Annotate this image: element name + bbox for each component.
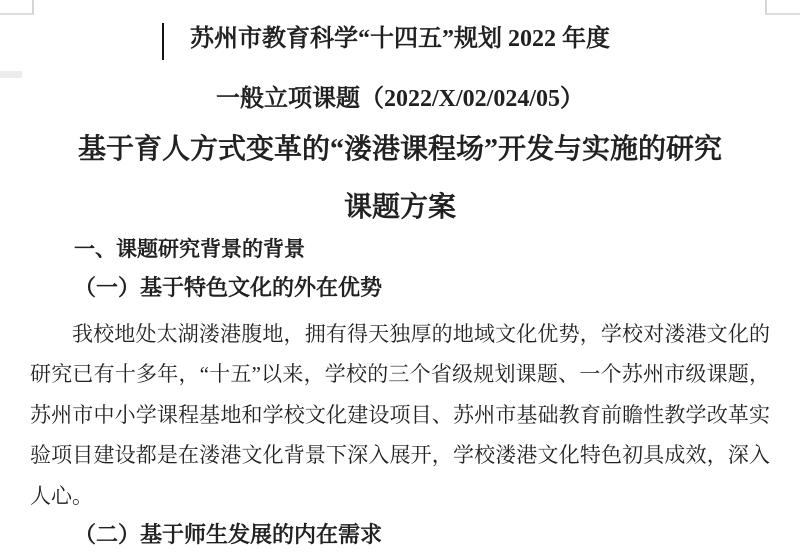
page-corner-mark-left [0,0,34,15]
subsection2-heading[interactable]: （二）基于师生发展的内在需求 [74,520,382,550]
paragraph-1-line-1[interactable]: 我校地处太湖溇港腹地，拥有得天独厚的地域文化优势，学校对溇港文化的 [30,314,770,354]
document-page[interactable]: 苏州市教育科学“十四五”规划 2022 年度 一般立项课题（2022/X/02/… [0,0,800,558]
document-title-line2[interactable]: 课题方案 [0,188,800,228]
paragraph-1-line-4[interactable]: 验项目建设都是在溇港文化背景下深入展开，学校溇港文化特色初具成效，深入 [30,435,770,475]
paragraph-1-line-5[interactable]: 人心。 [30,476,770,516]
document-header-line1[interactable]: 苏州市教育科学“十四五”规划 2022 年度 [0,22,800,56]
page-edge-artifact [0,71,22,78]
paragraph-1-line-2[interactable]: 研究已有十多年，“十五”以来，学校的三个省级规划课题、一个苏州市级课题， [30,354,770,394]
subsection1-heading[interactable]: （一）基于特色文化的外在优势 [74,273,382,303]
paragraph-1-line-3[interactable]: 苏州市中小学课程基地和学校文化建设项目、苏州市基础教育前瞻性教学改革实 [30,395,770,435]
paragraph-1[interactable]: 我校地处太湖溇港腹地，拥有得天独厚的地域文化优势，学校对溇港文化的 研究已有十多… [30,314,770,516]
page-corner-mark-right [765,0,800,15]
section1-heading[interactable]: 一、课题研究背景的背景 [74,235,305,263]
document-header-line2[interactable]: 一般立项课题（2022/X/02/024/05） [0,82,800,116]
document-title-line1[interactable]: 基于育人方式变革的“溇港课程场”开发与实施的研究 [0,130,800,170]
